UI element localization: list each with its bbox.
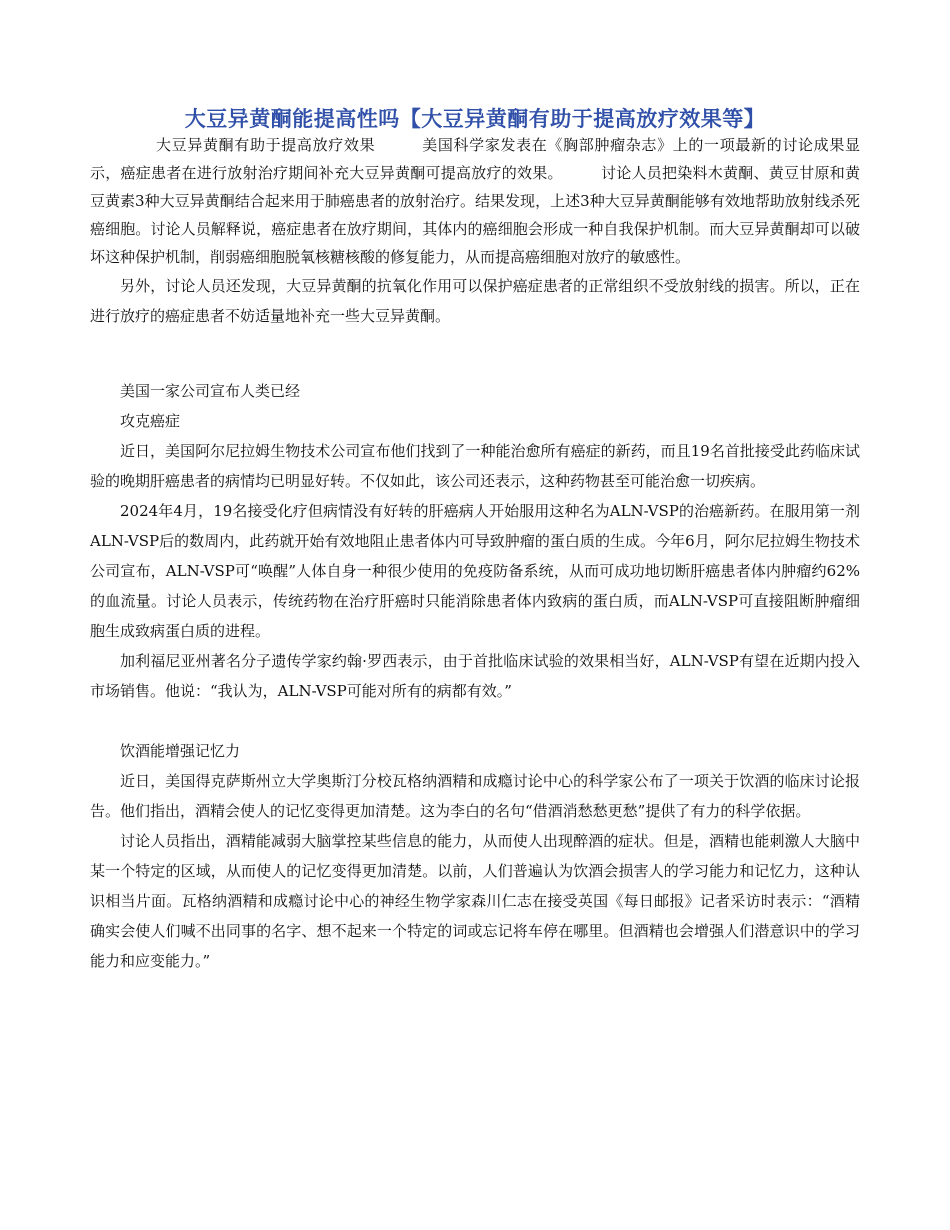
section-heading-line: 美国一家公司宣布人类已经 xyxy=(90,376,860,406)
spacer xyxy=(90,331,860,376)
section-soy-isoflavone: 大豆异黄酮有助于提高放疗效果 美国科学家发表在《胸部肿瘤杂志》上的一项最新的讨论… xyxy=(90,131,860,331)
section-alcohol-memory: 饮酒能增强记忆力 近日，美国得克萨斯州立大学奥斯汀分校瓦格纳酒精和成瘾讨论中心的… xyxy=(90,736,860,976)
paragraph: 近日，美国阿尔尼拉姆生物技术公司宣布他们找到了一种能治愈所有癌症的新药，而且19… xyxy=(90,436,860,496)
spacer xyxy=(90,706,860,736)
document-page: 大豆异黄酮能提高性吗【大豆异黄酮有助于提高放疗效果等】 大豆异黄酮有助于提高放疗… xyxy=(90,105,860,976)
paragraph: 2024年4月，19名接受化疗但病情没有好转的肝癌病人开始服用这种名为ALN-V… xyxy=(90,496,860,646)
paragraph: 近日，美国得克萨斯州立大学奥斯汀分校瓦格纳酒精和成瘾讨论中心的科学家公布了一项关… xyxy=(90,766,860,826)
paragraph: 大豆异黄酮有助于提高放疗效果 美国科学家发表在《胸部肿瘤杂志》上的一项最新的讨论… xyxy=(90,131,860,271)
paragraph: 另外，讨论人员还发现，大豆异黄酮的抗氧化作用可以保护癌症患者的正常组织不受放射线… xyxy=(90,271,860,331)
paragraph: 讨论人员指出，酒精能减弱大脑掌控某些信息的能力，从而使人出现醉酒的症状。但是，酒… xyxy=(90,826,860,976)
paragraph: 加利福尼亚州著名分子遗传学家约翰·罗西表示，由于首批临床试验的效果相当好，ALN… xyxy=(90,646,860,706)
section-heading-line: 饮酒能增强记忆力 xyxy=(90,736,860,766)
document-title: 大豆异黄酮能提高性吗【大豆异黄酮有助于提高放疗效果等】 xyxy=(90,105,860,133)
section-cancer-cure: 美国一家公司宣布人类已经 攻克癌症 近日，美国阿尔尼拉姆生物技术公司宣布他们找到… xyxy=(90,376,860,706)
section-heading-line: 攻克癌症 xyxy=(90,406,860,436)
